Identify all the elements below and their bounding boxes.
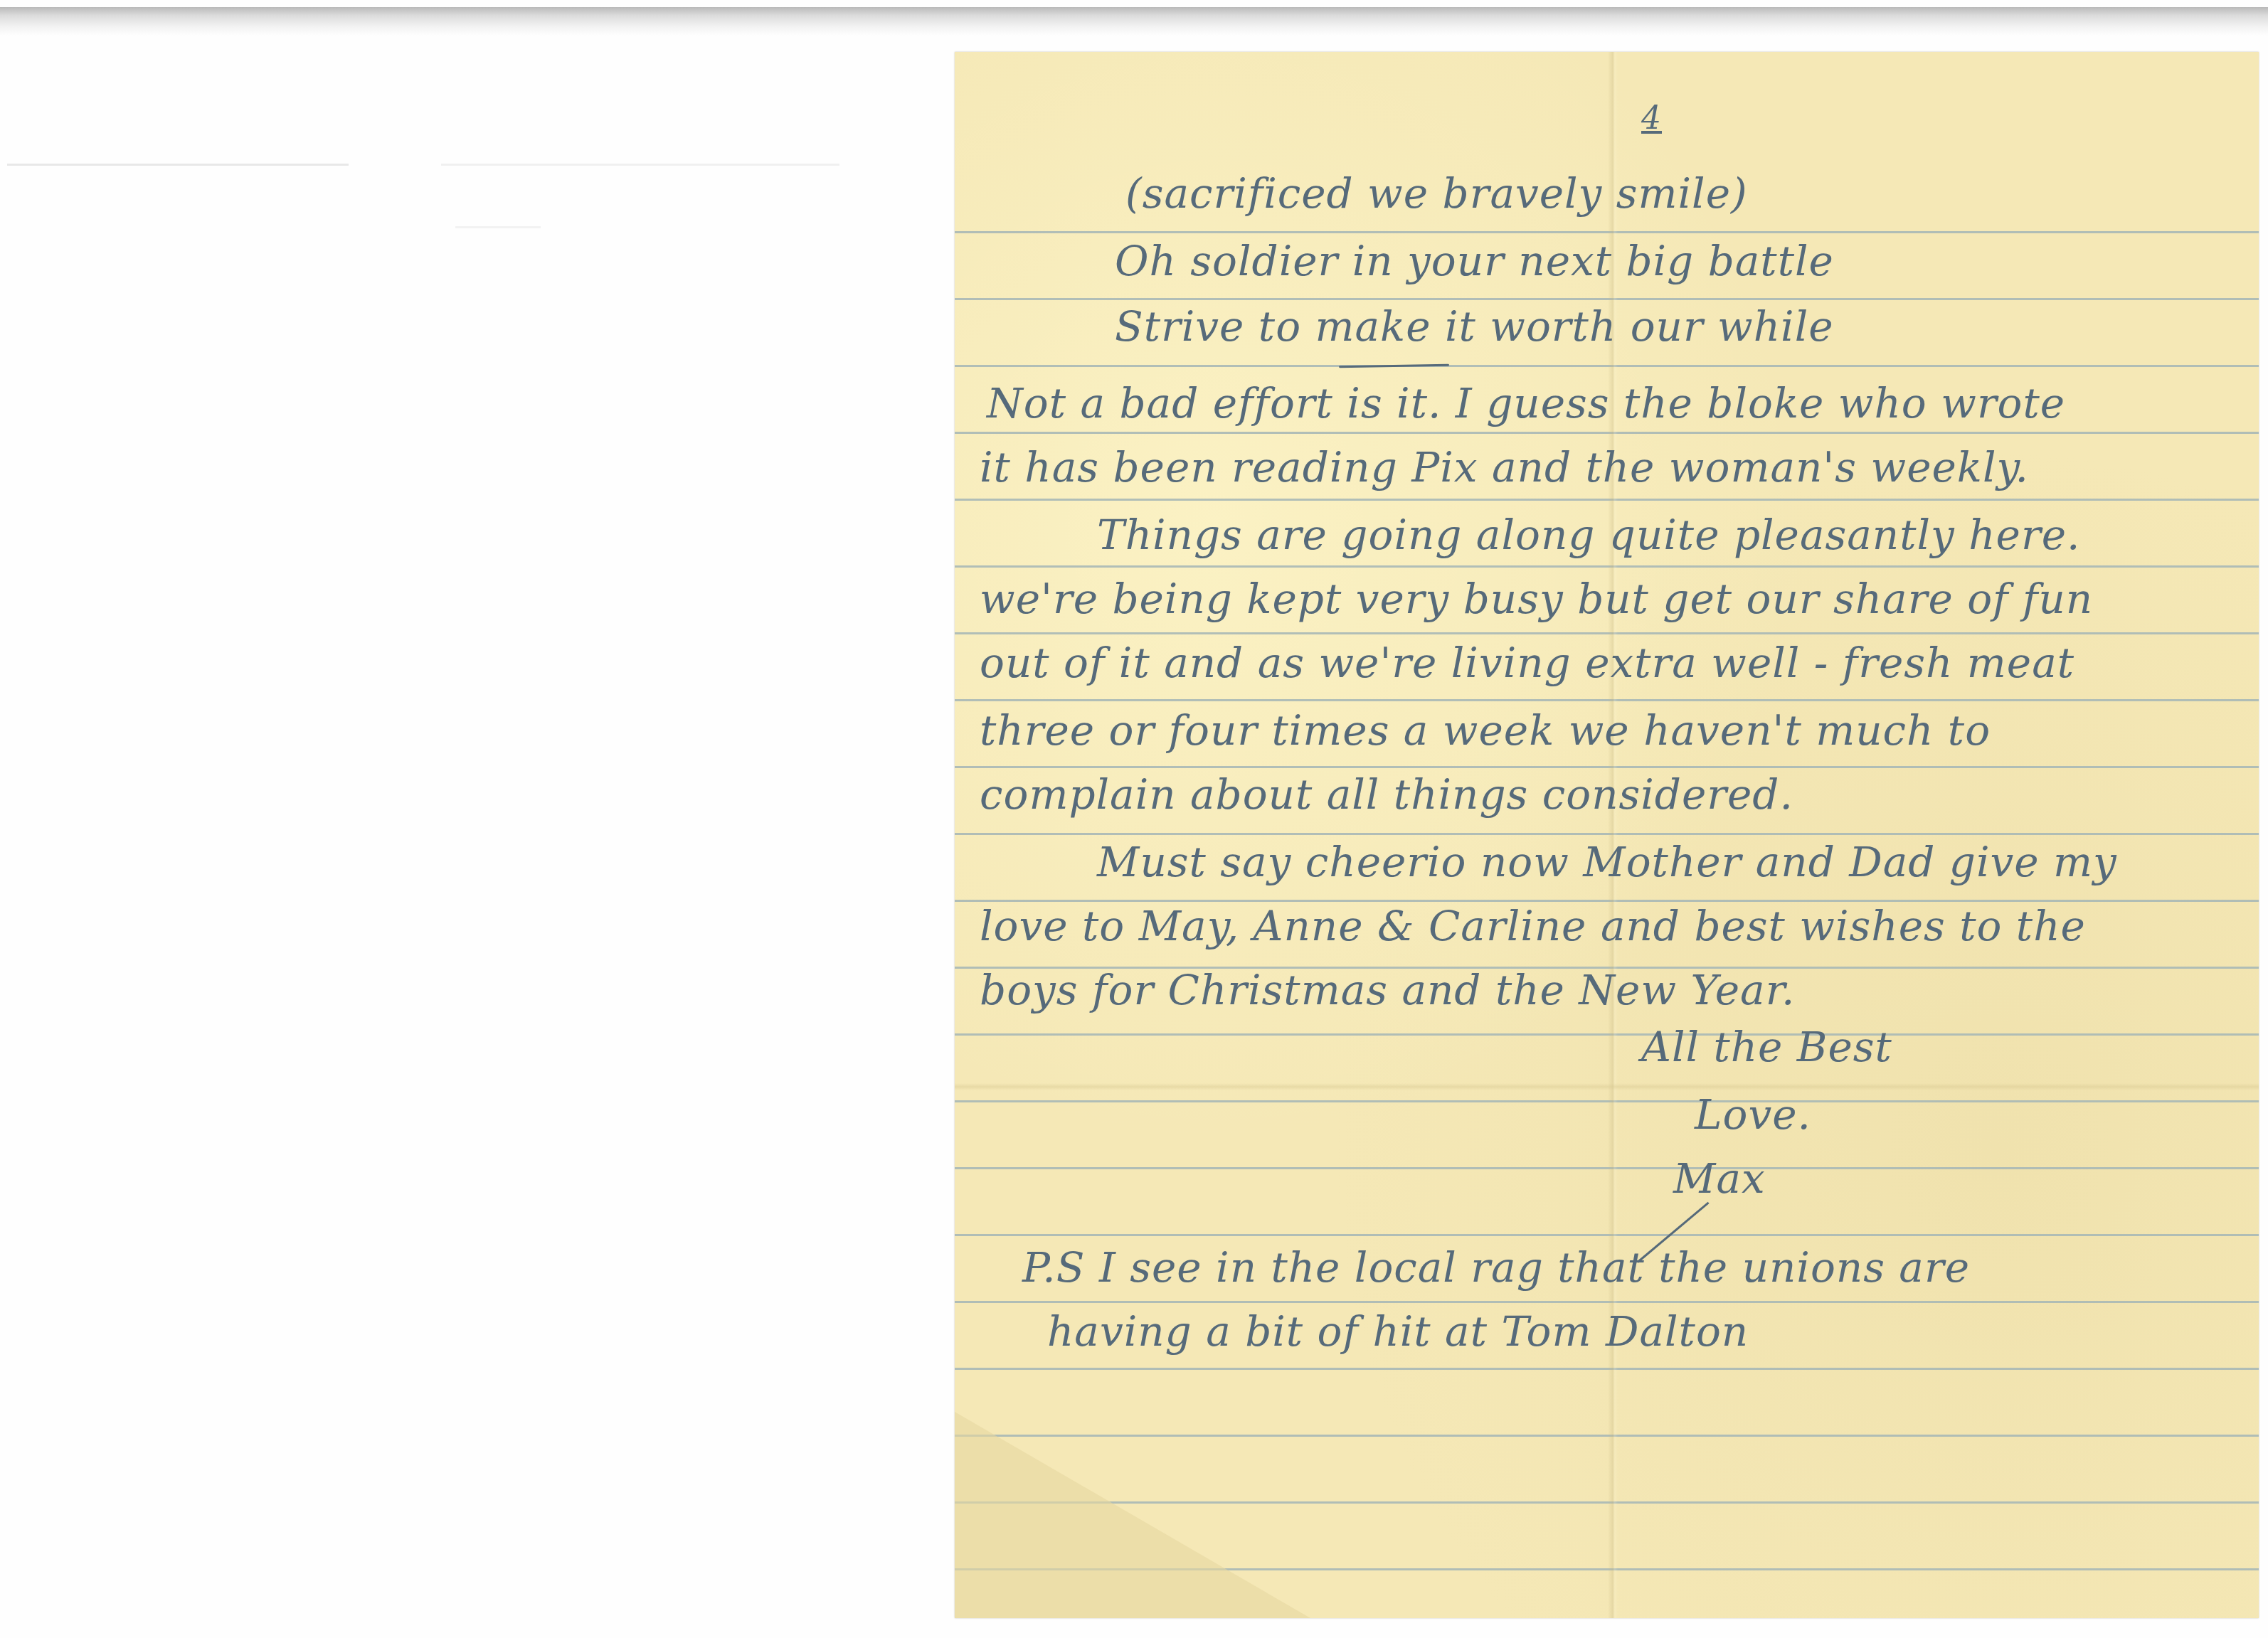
scanned-page: 4 (sacrificed we bravely smile) Oh soldi… xyxy=(0,0,2268,1638)
ruled-line xyxy=(955,833,2259,835)
ruled-line xyxy=(955,1100,2259,1102)
closing-line: Love. xyxy=(1695,1090,1811,1139)
vertical-fold-crease xyxy=(1608,52,1618,1618)
poem-line: Strive to make it worth our while xyxy=(1115,302,1834,351)
letter-body-line: boys for Christmas and the New Year. xyxy=(980,966,1795,1014)
poem-line: (sacrificed we bravely smile) xyxy=(1125,169,1748,218)
postscript-line: P.S I see in the local rag that the unio… xyxy=(1022,1243,1970,1292)
poem-line: Oh soldier in your next big battle xyxy=(1115,237,1834,285)
letter-body-line: Things are going along quite pleasantly … xyxy=(1097,511,2080,559)
ruled-line xyxy=(955,499,2259,501)
scanner-edge-shadow xyxy=(0,7,2268,36)
letter-body-line: out of it and as we're living extra well… xyxy=(980,639,2074,687)
closing-line: All the Best xyxy=(1641,1023,1892,1071)
ruled-line xyxy=(955,1301,2259,1303)
bleed-through-mark xyxy=(455,226,541,228)
letter-body-line: three or four times a week we haven't mu… xyxy=(980,706,1991,755)
page-number: 4 xyxy=(1641,100,1662,137)
letter-body-line: Not a bad effort is it. I guess the blok… xyxy=(987,379,2065,427)
ruled-line xyxy=(955,1368,2259,1370)
ruled-line xyxy=(955,699,2259,701)
bleed-through-mark xyxy=(7,164,349,166)
postscript-line: having a bit of hit at Tom Dalton xyxy=(1047,1307,1749,1356)
ruled-line xyxy=(955,365,2259,367)
ruled-line xyxy=(955,1234,2259,1236)
bleed-through-mark xyxy=(441,164,839,166)
letter-body-line: it has been reading Pix and the woman's … xyxy=(980,443,2029,491)
horizontal-fold-crease xyxy=(955,1083,2259,1090)
ruled-line xyxy=(955,766,2259,768)
letter-body-line: Must say cheerio now Mother and Dad give… xyxy=(1097,838,2117,886)
letter-body-line: love to May, Anne & Carline and best wis… xyxy=(980,902,2086,950)
ruled-line xyxy=(955,632,2259,634)
signature: Max xyxy=(1673,1154,1766,1203)
letter-body-line: we're being kept very busy but get our s… xyxy=(980,575,2093,623)
ruled-line xyxy=(955,432,2259,434)
letter-body-line: complain about all things considered. xyxy=(980,770,1793,819)
ruled-line xyxy=(955,231,2259,233)
ruled-line xyxy=(955,565,2259,568)
ruled-line xyxy=(955,1167,2259,1169)
ruled-line xyxy=(955,298,2259,300)
folded-corner xyxy=(955,1412,1310,1618)
letter-paper: 4 (sacrificed we bravely smile) Oh soldi… xyxy=(955,52,2259,1618)
ruled-line xyxy=(955,1033,2259,1036)
